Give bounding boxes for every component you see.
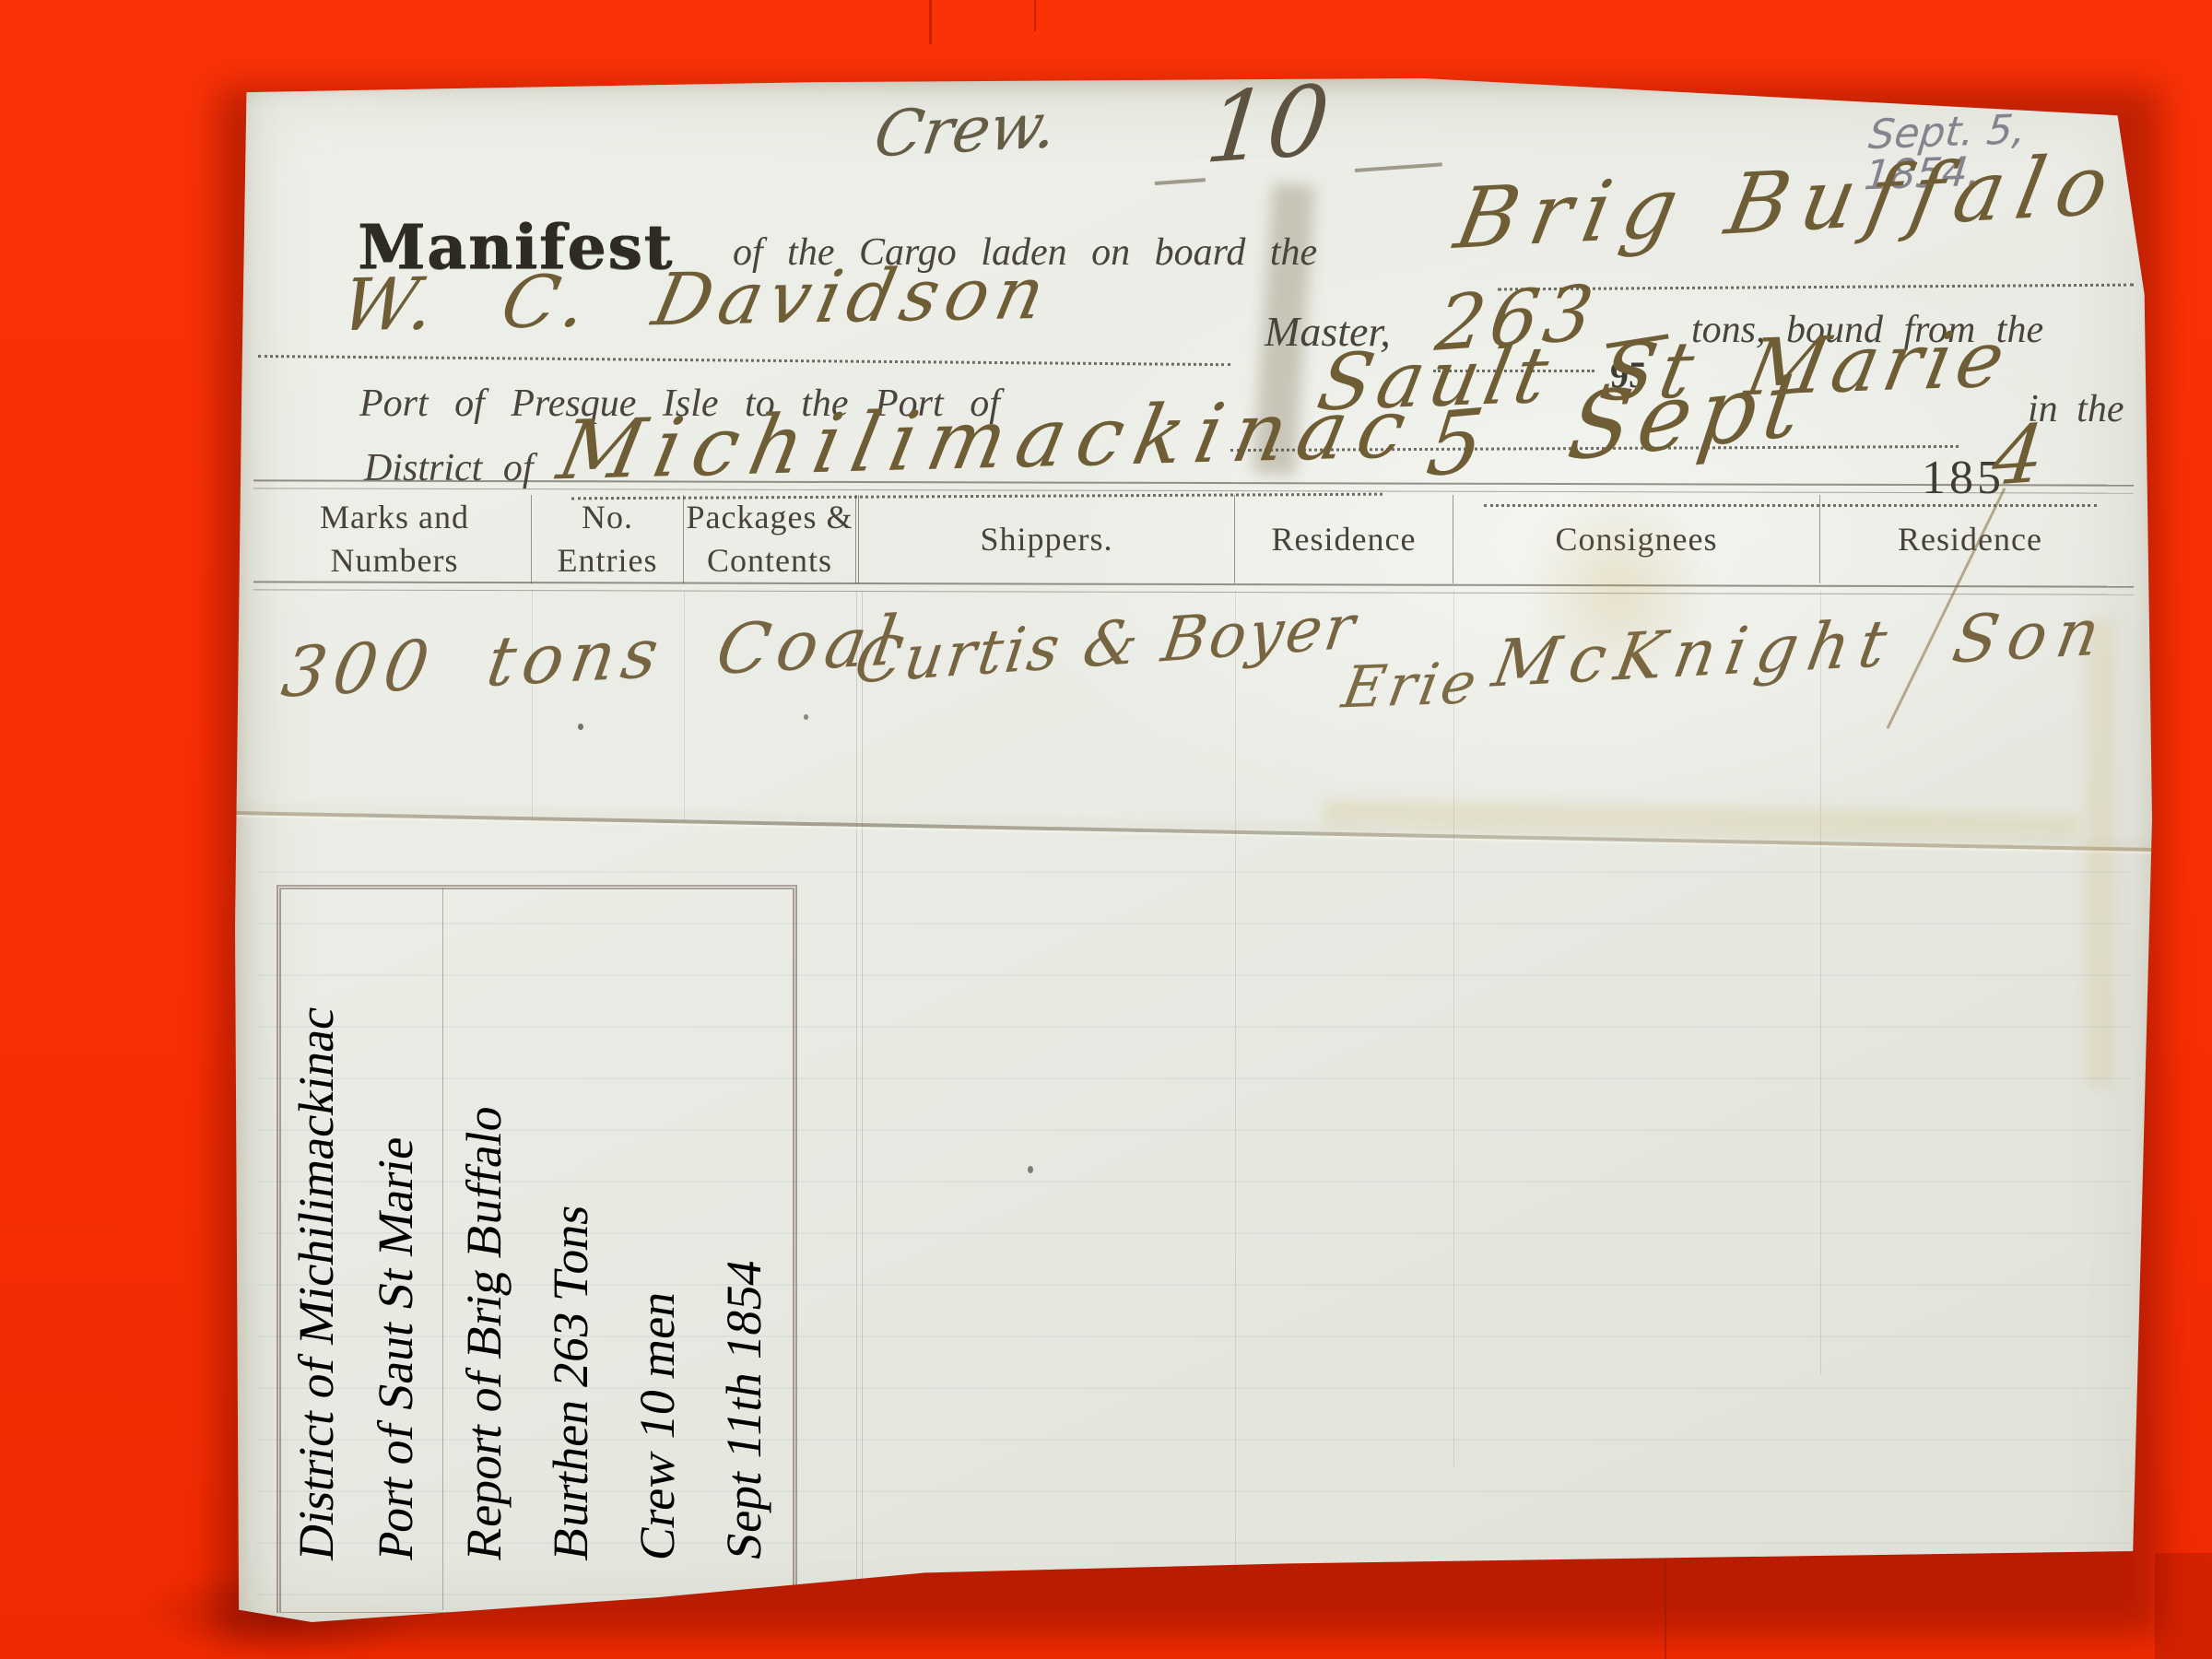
docket-line-date: Sept 11th 1854: [700, 878, 787, 1567]
docket-line-burthen: Burthen 263 Tons: [527, 878, 614, 1567]
vessel-name-handwritten: Brig Buffalo: [1449, 143, 2127, 262]
dotted-line-master: [258, 355, 1230, 366]
docket-line-port: Port of Saut St Marie: [356, 878, 435, 1566]
master-name-handwritten: W. C. Davidson: [335, 258, 1057, 343]
date-month-handwritten: Sept: [1563, 358, 1814, 475]
district-name-handwritten: Michilimackinac: [552, 388, 1424, 492]
crew-dash-left: [1155, 178, 1206, 185]
entry-shippers-residence: Erie: [1338, 654, 1484, 717]
table-header-row: Marks and Numbers No. Entries Packages &…: [258, 495, 2120, 583]
crew-note-label: Crew.: [870, 95, 1061, 168]
docket-rotated-note: District of Michilimackinac Port of Saut…: [276, 885, 793, 1613]
date-day-handwritten: 5: [1422, 398, 1488, 491]
docket-group-location: District of Michilimackinac Port of Saut…: [276, 885, 441, 1559]
docket-line-district: District of Michilimackinac: [276, 878, 356, 1566]
fold-crease: [235, 811, 2152, 852]
docket-group-report: Report of Brig Buffalo Burthen 263 Tons …: [441, 885, 787, 1559]
crew-note-value: 10: [1202, 72, 1334, 177]
ink-speck-2: [804, 714, 808, 720]
column-header-no-entries: No. Entries: [532, 495, 684, 583]
table-top-rule: [253, 479, 2134, 493]
background-seam-top: [929, 0, 932, 44]
column-header-packages-contents: Packages & Contents: [684, 495, 859, 583]
column-header-residence-1: Residence: [1235, 495, 1453, 583]
column-header-shippers: Shippers.: [859, 495, 1235, 583]
entry-cargo: 300 tons Coal: [277, 606, 908, 708]
crew-dash-right: [1355, 162, 1442, 172]
ink-speck-1: [578, 724, 583, 730]
column-header-residence-2: Residence: [1820, 495, 2120, 583]
column-header-consignees: Consignees: [1453, 495, 1820, 583]
background-seam-bottom: [1665, 1559, 1666, 1659]
docket-line-report: Report of Brig Buffalo: [441, 878, 527, 1567]
docket-line-crew: Crew 10 men: [614, 878, 700, 1567]
manifest-document-paper: Sept. 5, 1854. Crew. 10 Manifest of the …: [235, 78, 2152, 1622]
column-header-marks-numbers: Marks and Numbers: [258, 495, 532, 583]
entry-consignees: McKnight Son: [1488, 599, 2115, 697]
entry-shippers: Curtis & Boyer: [852, 596, 1361, 693]
background-seam-top-right: [1034, 0, 1036, 31]
background-corner-patch: [2155, 1553, 2212, 1659]
